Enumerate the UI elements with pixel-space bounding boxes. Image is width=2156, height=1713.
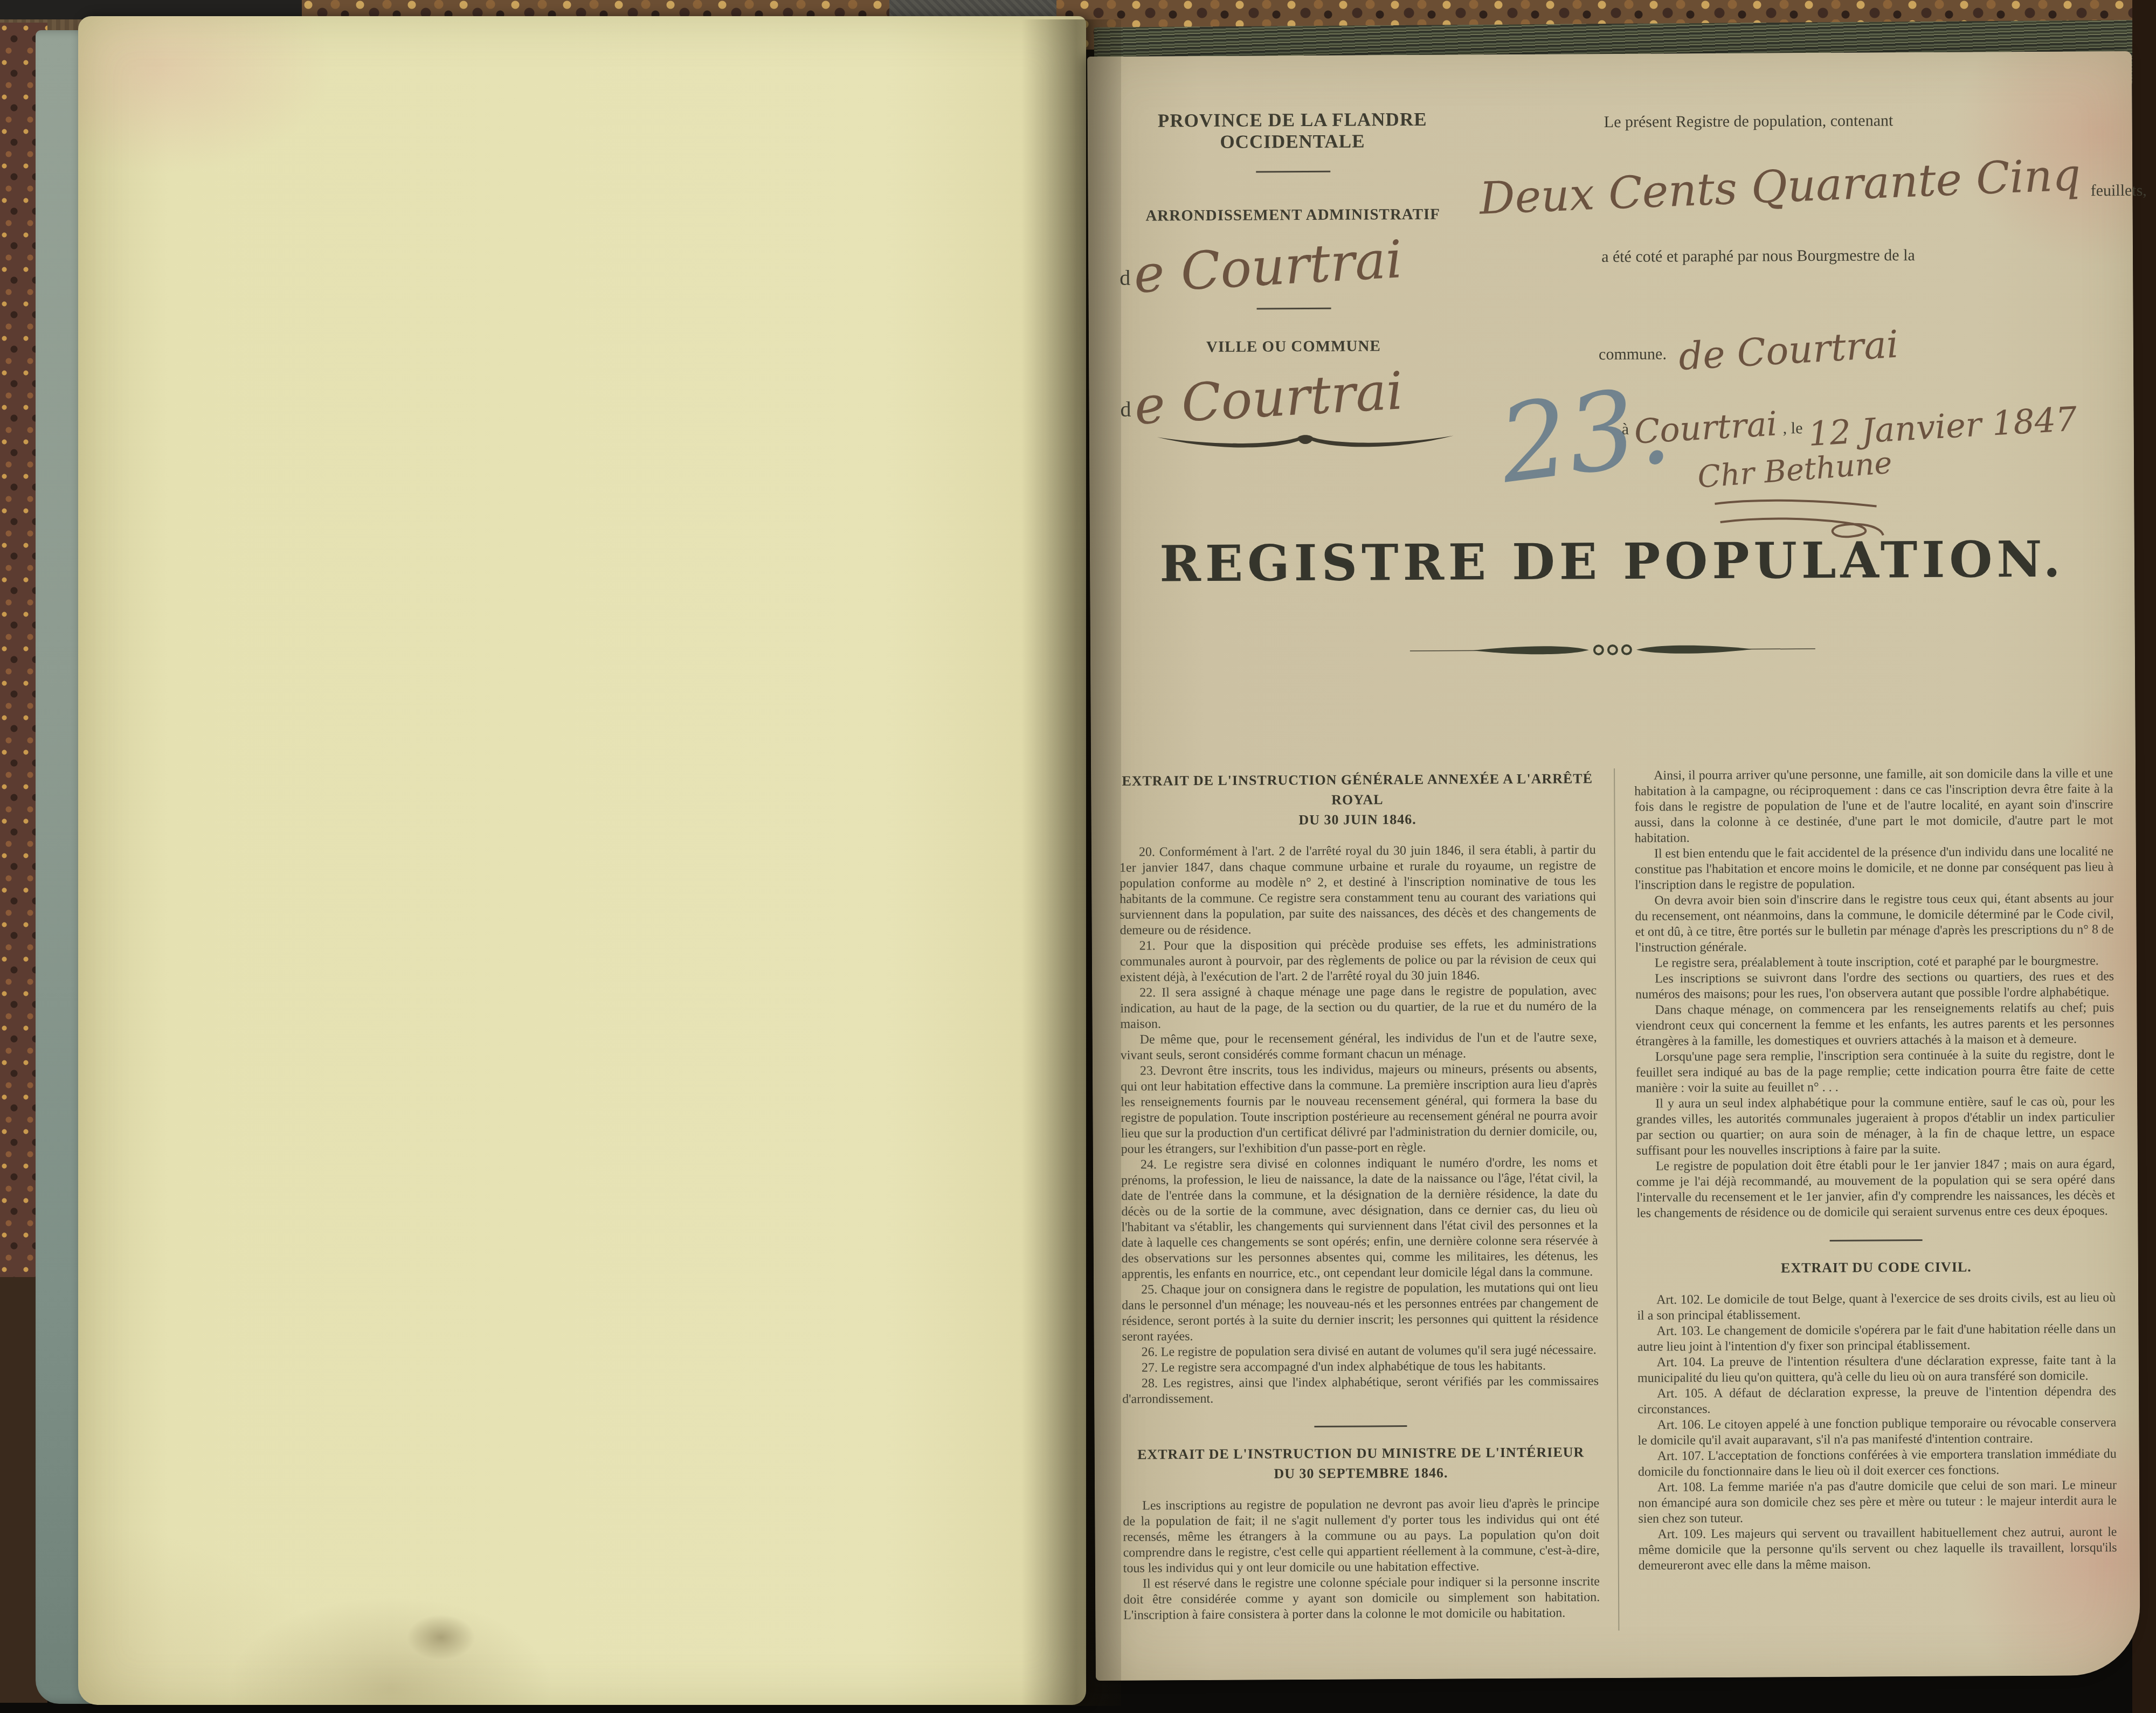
paragraph: 23. Devront être inscrits, tous les indi… xyxy=(1121,1061,1598,1157)
page-title: REGISTRE DE POPULATION. xyxy=(1090,530,2135,593)
paragraph: Dans chaque ménage, on commencera par le… xyxy=(1635,1000,2114,1050)
handwritten-commune: e Courtrai xyxy=(1133,365,1404,432)
paragraph: Art. 109. Les majeurs qui servent ou tra… xyxy=(1638,1524,2117,1574)
intro-line: Le présent Registre de population, conte… xyxy=(1604,111,2051,131)
paragraph: On devra avoir bien soin d'inscrire dans… xyxy=(1635,891,2114,956)
place-date-line: à Courtrai , le 12 Janvier 1847 xyxy=(1621,372,2082,445)
handwritten-arrondissement: e Courtrai xyxy=(1132,233,1404,301)
column-right: Ainsi, il pourra arriver qu'une personne… xyxy=(1614,766,2117,1631)
book-scan: PROVINCE DE LA FLANDRE OCCIDENTALE ARRON… xyxy=(0,0,2156,1713)
paragraph: 25. Chaque jour on consignera dans le re… xyxy=(1122,1280,1599,1345)
paragraph: Il y aura un seul index alphabétique pou… xyxy=(1636,1094,2115,1159)
printed-prefix: d xyxy=(1120,397,1131,422)
paragraph: 21. Pour que la disposition qui précède … xyxy=(1120,936,1597,986)
feuillets-label: feuillets, xyxy=(2091,182,2147,200)
divider-rule xyxy=(1256,171,1330,173)
article-paragraphs: 20. Conformément à l'art. 2 de l'arrêté … xyxy=(1120,842,1599,1407)
paragraph: Le registre de population doit être étab… xyxy=(1636,1156,2116,1222)
handwritten-date: 12 Janvier 1847 xyxy=(1807,402,2078,451)
paragraph: Art. 106. Le citoyen appelé à une foncti… xyxy=(1637,1415,2116,1449)
printed-prefix: d xyxy=(1120,265,1130,290)
section-heading: EXTRAIT DE L'INSTRUCTION GÉNÉRALE ANNEXÉ… xyxy=(1119,768,1595,811)
paragraph: 28. Les registres, ainsi que l'index alp… xyxy=(1122,1374,1599,1407)
commune-word: commune. xyxy=(1599,345,1667,364)
code-civil-paragraphs: Art. 102. Le domicile de tout Belge, qua… xyxy=(1637,1290,2117,1574)
paragraph: 24. Le registre sera divisé en colonnes … xyxy=(1121,1155,1598,1282)
province-heading: PROVINCE DE LA FLANDRE OCCIDENTALE xyxy=(1125,108,1460,153)
paragraph: De même que, pour le recensement général… xyxy=(1121,1030,1597,1064)
instruction-columns: EXTRAIT DE L'INSTRUCTION GÉNÉRALE ANNEXÉ… xyxy=(1119,766,2117,1633)
paragraph: Art. 105. A défaut de déclaration expres… xyxy=(1637,1384,2116,1418)
paragraph: 22. Il sera assigné à chaque ménage une … xyxy=(1120,983,1597,1032)
section-heading-date: DU 30 JUIN 1846. xyxy=(1119,808,1595,831)
paragraph: Les inscriptions au registre de populati… xyxy=(1123,1496,1600,1577)
section-divider xyxy=(1830,1239,1923,1242)
section-divider xyxy=(1314,1425,1407,1427)
handwritten-registry-number: 23. xyxy=(1494,371,1676,498)
paragraph: 20. Conformément à l'art. 2 de l'arrêté … xyxy=(1120,842,1597,939)
paragraph: 26. Le registre de population sera divis… xyxy=(1122,1342,1599,1361)
brace-ornament xyxy=(1153,429,1458,453)
instruction-paragraphs: Les inscriptions au registre de populati… xyxy=(1123,1496,1600,1624)
title-page: PROVINCE DE LA FLANDRE OCCIDENTALE ARRON… xyxy=(1087,51,2140,1681)
paragraph: Il est réservé dans le registre une colo… xyxy=(1123,1574,1600,1624)
paragraph: Le registre sera, préalablement à toute … xyxy=(1635,953,2114,972)
blank-left-page xyxy=(78,16,1086,1705)
paragraph: Art. 107. L'acceptation de fonctions con… xyxy=(1638,1446,2117,1480)
paragraph: Art. 103. Le changement de domicile s'op… xyxy=(1637,1321,2116,1355)
paragraph: 27. Le registre sera accompagné d'un ind… xyxy=(1122,1358,1599,1376)
paragraph: Les inscriptions se suivront dans l'ordr… xyxy=(1635,969,2114,1003)
divider-rule xyxy=(1257,308,1331,310)
commune-certification: commune. de Courtrai xyxy=(1598,296,1898,370)
bourgmestre-signature: Chr Bethune xyxy=(1696,446,1893,495)
paragraph: Art. 102. Le domicile de tout Belge, qua… xyxy=(1637,1290,2116,1324)
paragraph: Lorsqu'une page sera remplie, l'inscript… xyxy=(1636,1047,2114,1097)
handwritten-feuillets-count: Deux Cents Quarante Cinq xyxy=(1478,153,2082,221)
commune-entry: d e Courtrai xyxy=(1120,348,1509,425)
spindle-ornament xyxy=(1090,640,2135,663)
column-left: EXTRAIT DE L'INSTRUCTION GÉNÉRALE ANNEXÉ… xyxy=(1119,768,1618,1633)
certification-line: a été coté et paraphé par nous Bourgmest… xyxy=(1601,246,2054,266)
code-civil-heading: EXTRAIT DU CODE CIVIL. xyxy=(1637,1256,2116,1279)
paragraph: Art. 104. La preuve de l'intention résul… xyxy=(1637,1353,2116,1386)
handwritten-commune-name: de Courtrai xyxy=(1677,325,1899,376)
section-heading-date: DU 30 SEPTEMBRE 1846. xyxy=(1123,1462,1599,1485)
continuation-paragraphs: Ainsi, il pourra arriver qu'une personne… xyxy=(1634,766,2115,1222)
arrondissement-entry: d e Courtrai xyxy=(1120,216,1508,294)
paragraph: Il est bien entendu que le fait accident… xyxy=(1635,844,2113,893)
paragraph: Ainsi, il pourra arriver qu'une personne… xyxy=(1634,766,2113,847)
feuillets-entry: Deux Cents Quarante Cinq feuillets, xyxy=(1479,137,2089,211)
section-heading: EXTRAIT DE L'INSTRUCTION DU MINISTRE DE … xyxy=(1123,1442,1599,1465)
paragraph: Art. 108. La femme mariée n'a pas d'autr… xyxy=(1638,1478,2117,1527)
date-prefix: , le xyxy=(1783,419,1803,438)
